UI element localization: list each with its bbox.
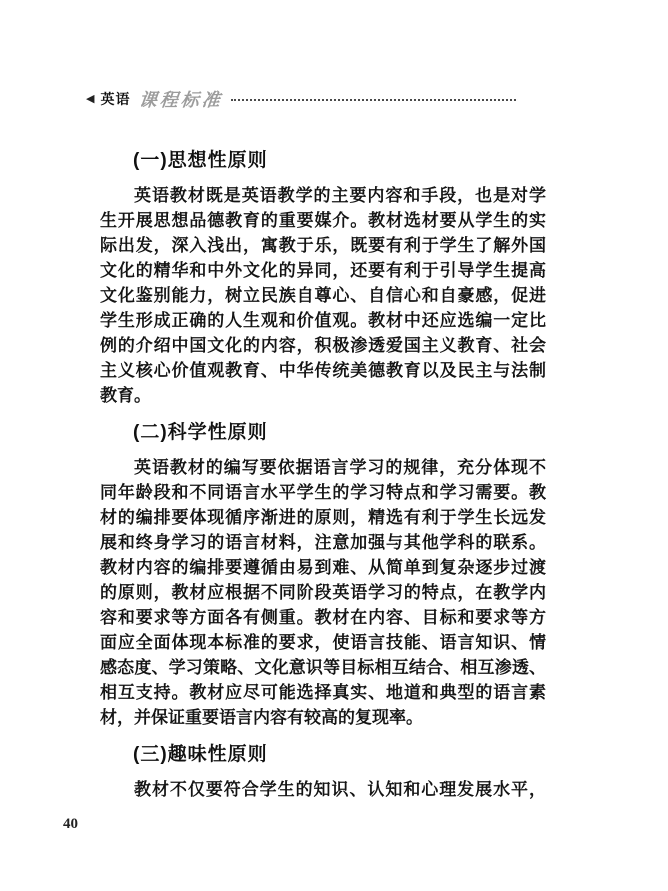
text-line: 相互支持。教材应尽可能选择真实、地道和典型的语言素 xyxy=(100,680,546,705)
section-heading: (一)思想性原则 xyxy=(100,150,546,172)
section-heading: (三)趣味性原则 xyxy=(100,744,546,766)
section-heading: (二)科学性原则 xyxy=(100,422,546,444)
text-line: 生开展思想品德教育的重要媒介。教材选材要从学生的实 xyxy=(100,208,546,233)
paragraph: 英语教材的编写要依据语言学习的规律，充分体现不同年龄段和不同语言水平学生的学习特… xyxy=(100,455,546,730)
dotted-leader-line xyxy=(231,99,516,101)
text-line: 容和要求等方面各有侧重。教材在内容、目标和要求等方 xyxy=(100,605,546,630)
text-line: 际出发，深入浅出，寓教于乐，既要有利于学生了解外国 xyxy=(100,233,546,258)
text-line: 展和终身学习的语言材料，注意加强与其他学科的联系。 xyxy=(100,530,546,555)
text-line: 学生形成正确的人生观和价值观。教材中还应选编一定比 xyxy=(100,308,546,333)
text-line: 同年龄段和不同语言水平学生的学习特点和学习需要。教 xyxy=(100,480,546,505)
text-line: 的原则，教材应根据不同阶段英语学习的特点，在教学内 xyxy=(100,580,546,605)
paragraph: 教材不仅要符合学生的知识、认知和心理发展水平， xyxy=(100,777,546,802)
header-series-label: 英语 xyxy=(100,89,130,109)
text-line: 材，并保证重要语言内容有较高的复现率。 xyxy=(100,705,546,730)
text-line: 例的介绍中国文化的内容，积极渗透爱国主义教育、社会 xyxy=(100,333,546,358)
text-line: 文化鉴别能力，树立民族自尊心、自信心和自豪感，促进 xyxy=(100,283,546,308)
triangle-left-icon: ◀ xyxy=(86,89,94,109)
page-body: (一)思想性原则英语教材既是英语教学的主要内容和手段，也是对学生开展思想品德教育… xyxy=(100,150,546,802)
text-line: 材的编排要体现循序渐进的原则，精选有利于学生长远发 xyxy=(100,505,546,530)
text-line: 英语教材的编写要依据语言学习的规律，充分体现不 xyxy=(100,455,546,480)
page-header: ◀ 英语 课程标准 xyxy=(86,89,516,109)
text-line: 面应全面体现本标准的要求，使语言技能、语言知识、情 xyxy=(100,630,546,655)
text-line: 主义核心价值观教育、中华传统美德教育以及民主与法制 xyxy=(100,358,546,383)
page-number: 40 xyxy=(63,816,78,833)
text-line: 英语教材既是英语教学的主要内容和手段，也是对学 xyxy=(100,183,546,208)
text-line: 教育。 xyxy=(100,383,546,408)
text-line: 教材内容的编排要遵循由易到难、从简单到复杂逐步过渡 xyxy=(100,555,546,580)
text-line: 文化的精华和中外文化的异同，还要有利于引导学生提高 xyxy=(100,258,546,283)
header-title-label: 课程标准 xyxy=(138,86,225,112)
paragraph: 英语教材既是英语教学的主要内容和手段，也是对学生开展思想品德教育的重要媒介。教材… xyxy=(100,183,546,408)
text-line: 教材不仅要符合学生的知识、认知和心理发展水平， xyxy=(100,777,546,802)
text-line: 感态度、学习策略、文化意识等目标相互结合、相互渗透、 xyxy=(100,655,546,680)
